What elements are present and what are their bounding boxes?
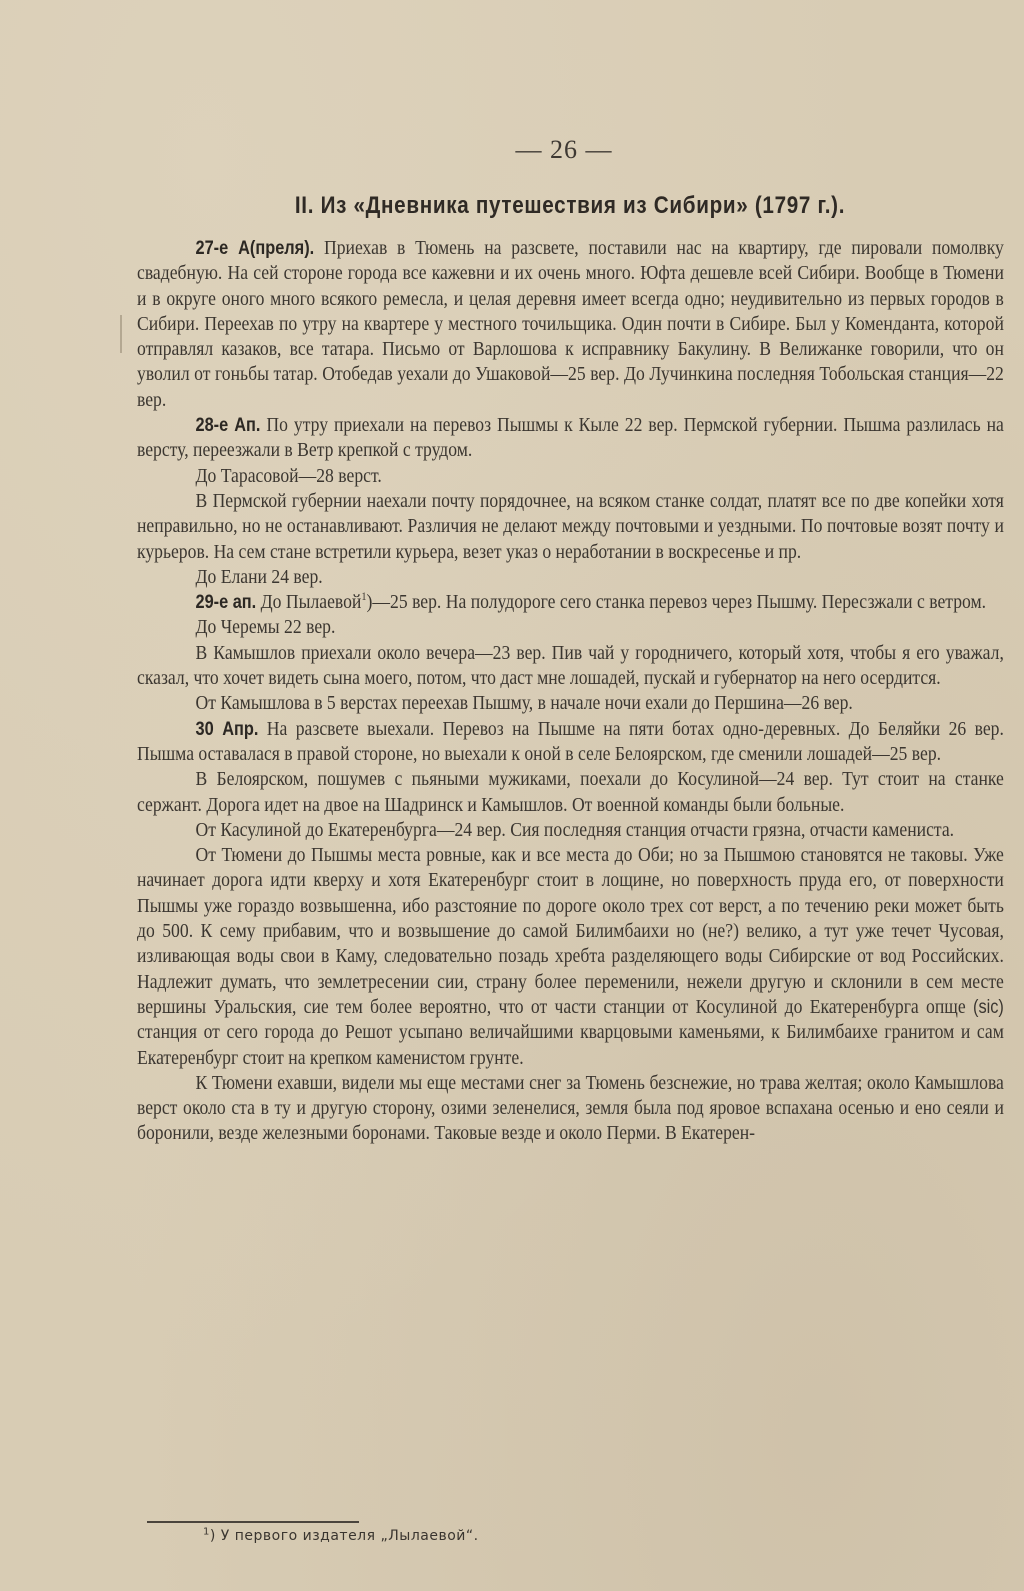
paragraph: До Елани 24 вер. bbox=[137, 565, 1004, 590]
paragraph: От Камышлова в 5 верстах переехав Пышму,… bbox=[137, 691, 1004, 716]
page: — 26 — II. Из «Дневника путешествия из С… bbox=[137, 130, 1003, 1147]
footnote-divider bbox=[147, 1521, 359, 1524]
paragraph-text: До Елани 24 вер. bbox=[195, 566, 322, 588]
paragraph-text: До Пылаевой bbox=[256, 591, 361, 613]
section-heading: II. Из «Дневника путешествия из Сибири» … bbox=[198, 192, 943, 220]
page-number: — 26 — bbox=[125, 130, 1003, 170]
paragraph-text: До Тарасовой—28 верст. bbox=[195, 465, 381, 487]
paragraph-text: В Камышлов приехали около вечера—23 вер.… bbox=[137, 642, 1004, 689]
paragraph-text: В Пермской губернии наехали почту порядо… bbox=[137, 490, 1004, 563]
paragraph-text: От Камышлова в 5 верстах переехав Пышму,… bbox=[195, 692, 852, 714]
paragraph: До Тарасовой—28 верст. bbox=[137, 464, 1004, 489]
paragraph-text: Приехав в Тюмень на разсвете, поставили … bbox=[137, 237, 1004, 411]
paragraph-text: На разсвете выехали. Перевоз на Пышме на… bbox=[137, 718, 1004, 765]
paragraph-text: В Белоярском, пошумев с пьяными мужиками… bbox=[137, 768, 1004, 815]
body-text: 27-е А(преля). Приехав в Тюмень на разсв… bbox=[137, 236, 1004, 1147]
paragraph: К Тюмени ехавши, видели мы еще местами с… bbox=[137, 1071, 1004, 1147]
entry-date: 29-е ап. bbox=[195, 592, 256, 613]
paragraph: В Камышлов приехали около вечера—23 вер.… bbox=[137, 641, 1004, 692]
entry-date: 30 Апр. bbox=[195, 719, 258, 740]
paragraph-apr-30: 30 Апр. На разсвете выехали. Перевоз на … bbox=[137, 717, 1004, 768]
paragraph: В Пермской губернии наехали почту порядо… bbox=[137, 489, 1004, 565]
footnote: 1) У первого издателя „Лылаевой“. bbox=[203, 1528, 479, 1544]
paragraph-text: По утру приехали на перевоз Пышмы к Кыле… bbox=[137, 414, 1004, 461]
paragraph: От Касулиной до Екатеренбурга—24 вер. Си… bbox=[137, 818, 1004, 843]
margin-mark bbox=[120, 315, 122, 353]
paragraph: От Тюмени до Пышмы места ровные, как и в… bbox=[137, 843, 1004, 1071]
entry-date: 28-е Ап. bbox=[195, 415, 260, 436]
paragraph-apr-27: 27-е А(преля). Приехав в Тюмень на разсв… bbox=[137, 236, 1004, 413]
paragraph: В Белоярском, пошумев с пьяными мужиками… bbox=[137, 767, 1004, 818]
paragraph-text: К Тюмени ехавши, видели мы еще местами с… bbox=[137, 1072, 1004, 1145]
paragraph-text: От Тюмени до Пышмы места ровные, как и в… bbox=[137, 844, 1004, 1018]
paragraph-text: )—25 вер. На полудороге сего станка пере… bbox=[367, 591, 987, 613]
paragraph: До Черемы 22 вер. bbox=[137, 615, 1004, 640]
paragraph-apr-28: 28-е Ап. По утру приехали на перевоз Пыш… bbox=[137, 413, 1004, 464]
sic-marker: (sic) bbox=[973, 997, 1004, 1018]
paragraph-text: До Черемы 22 вер. bbox=[195, 616, 335, 638]
paragraph-text: станция от сего города до Решот усыпано … bbox=[137, 1021, 1004, 1068]
paragraph-text: От Касулиной до Екатеренбурга—24 вер. Си… bbox=[195, 819, 954, 841]
footnote-text: ) У первого издателя „Лылаевой“. bbox=[210, 1528, 479, 1544]
paragraph-apr-29: 29-е ап. До Пылаевой1)—25 вер. На полудо… bbox=[137, 590, 1004, 615]
footnote-marker: 1 bbox=[203, 1526, 210, 1537]
entry-date: 27-е А(преля). bbox=[195, 238, 314, 259]
